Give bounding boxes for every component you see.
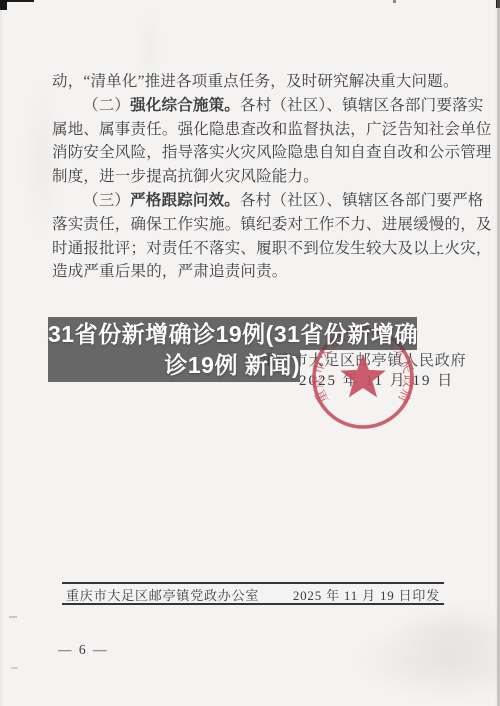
body-text: 动，“清单化”推进各项重点任务，及时研究解决重大问题。 [52,73,459,90]
scan-artifact-dot-2 [11,667,18,669]
body-line: 动，“清单化”推进各项重点任务，及时研究解决重大问题。 [52,70,462,94]
scanned-document-page: 动，“清单化”推进各项重点任务，及时研究解决重大问题。（二）强化综合施策。各村（… [0,0,500,706]
body-text: 落实责任，确保工作实施。镇纪委对工作不力、进展缓慢的，及 [52,216,492,233]
body-text: 各村（社区）、镇辖区各部门要落实 [240,97,483,114]
body-line: （二）强化综合施策。各村（社区）、镇辖区各部门要落实 [52,94,462,118]
headline-overlay: 31省份新增确诊19例(31省份新增确 诊19例 新闻) [44,317,437,384]
body-text: 消防安全风险，指导落实火灾风险隐患自知自查自改和公示管理 [52,144,492,161]
body-text: （二） [83,97,130,114]
body-text: 时通报批评；对责任不落实、履职不到位发生较大及以上火灾， [52,240,492,257]
body-line: 落实责任，确保工作实施。镇纪委对工作不力、进展缓慢的，及 [52,213,462,237]
scan-artifact-dot-1 [9,616,17,618]
headline-line-2: 诊19例 新闻) [48,349,302,382]
scan-artifact-topleft-blob [0,0,7,10]
footer-print-date: 2025 年 11 月 19 日印发 [293,585,440,604]
body-line: 消防安全风险，指导落实火灾风险隐患自知自查自改和公示管理 [52,141,462,165]
document-body: 动，“清单化”推进各项重点任务，及时研究解决重大问题。（二）强化综合施策。各村（… [52,70,462,284]
footer-divider-bottom [62,603,444,605]
body-line: 属地、属事责任。强化隐患查改和监督执法，广泛告知社会单位 [52,118,462,142]
scan-artifact-top-tick [393,0,396,3]
body-line: （三）严格跟踪问效。各村（社区）、镇辖区各部门要严格 [52,189,462,213]
page-number: — 6 — [58,642,109,658]
body-text: 造成严重后果的，严肃追责问责。 [52,263,288,280]
body-text: 制度，进一步提高抗御火灾风险能力。 [52,168,319,185]
body-line: 制度，进一步提高抗御火灾风险能力。 [52,165,462,189]
headline-line-1: 31省份新增确诊19例(31省份新增确 [48,317,417,351]
body-line: 造成严重后果的，严肃追责问责。 [52,260,462,284]
body-text: 属地、属事责任。强化隐患查改和监督执法，广泛告知社会单位 [52,121,492,138]
body-text: （三） [83,192,130,209]
body-text-bold: 强化综合施策。 [130,97,240,114]
body-line: 时通报批评；对责任不落实、履职不到位发生较大及以上火灾， [52,237,462,261]
body-text-bold: 严格跟踪问效。 [130,192,240,209]
footer-divider-top [62,582,444,584]
footer-office: 重庆市大足区邮亭镇党政办公室 [66,585,259,604]
body-text: 各村（社区）、镇辖区各部门要严格 [240,192,483,209]
